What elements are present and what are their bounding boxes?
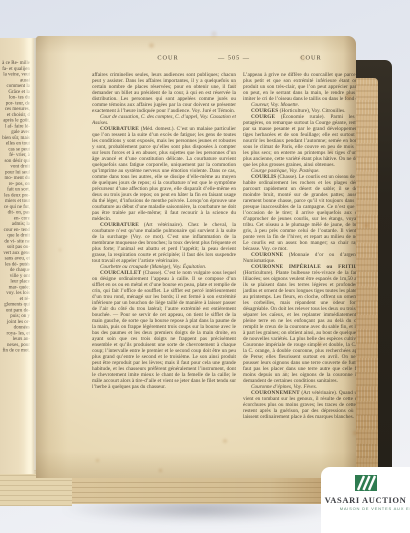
page-text-area: COUR — 505 — COUR affaires criminelles s… [92,54,356,478]
entry-headword: COURONNE [251,252,283,258]
text-column-right: L’appeau à grive ne diffère du courcaill… [243,72,356,476]
right-page: COUR — 505 — COUR affaires criminelles s… [36,36,356,478]
running-head: COUR — 505 — COUR [92,54,356,65]
dictionary-entry: COURONNE IMPÉRIALE ou FRITILLAIRE (Horti… [243,264,356,384]
dictionary-entry: COURGE (Économie rurale). Parmi les plan… [243,114,356,168]
entry-headword: COURBATURE [100,222,139,228]
paragraph: Cour de cassation, C. des comptes, C. d’… [92,114,236,126]
text-columns: affaires criminelles seules, leurs audie… [92,72,356,476]
watermark-title: VASARI AUCTION [321,495,410,505]
running-head-left: COUR [157,54,178,62]
dictionary-entry: COURCAILLET (Chasse). C’est le nom vulga… [92,270,236,390]
running-head-right: COUR [300,54,321,62]
entry-headword: COURGES [251,108,278,114]
auction-watermark: VASARI AUCTION MAISON DE VENTES AUX ENCH… [321,467,410,533]
book-photograph: à ce Re- mille fa- et qualijen la veine,… [0,0,410,533]
text-column-left: affaires criminelles seules, leurs audie… [92,72,236,476]
dictionary-entry: COURLIS (Chasse). Le courlis est un oise… [243,174,356,252]
entry-headword: COURCAILLET [100,270,141,276]
dictionary-entry: COURONNEMENT (Art vétérinaire). Quand un… [243,390,356,420]
entry-headword: COURBATURE [100,126,139,132]
paragraph: L’appeau à grive ne diffère du courcaill… [243,72,356,102]
dictionary-entry: COURONNE (Monnaie d’or ou d’argent), Voy… [243,252,356,264]
entry-headword: COURONNE IMPÉRIALE ou FRITILLAIRE [251,264,356,270]
vasari-logo-icon [355,475,377,491]
paragraph: affaires criminelles seules, leurs audie… [92,72,236,114]
entry-headword: COURGE [251,114,275,120]
entry-headword: COURONNEMENT [251,390,300,396]
page-number: — 505 — [218,54,250,62]
entry-headword: COURLIS [251,174,276,180]
dictionary-entry: COURBATURE (Art vétérinaire). Chez le ch… [92,222,236,264]
dictionary-entry: COURBATURE (Méd. domest.). C’est un mala… [92,126,236,222]
watermark-subtitle: MAISON DE VENTES AUX ENCHÈRES [340,507,392,511]
